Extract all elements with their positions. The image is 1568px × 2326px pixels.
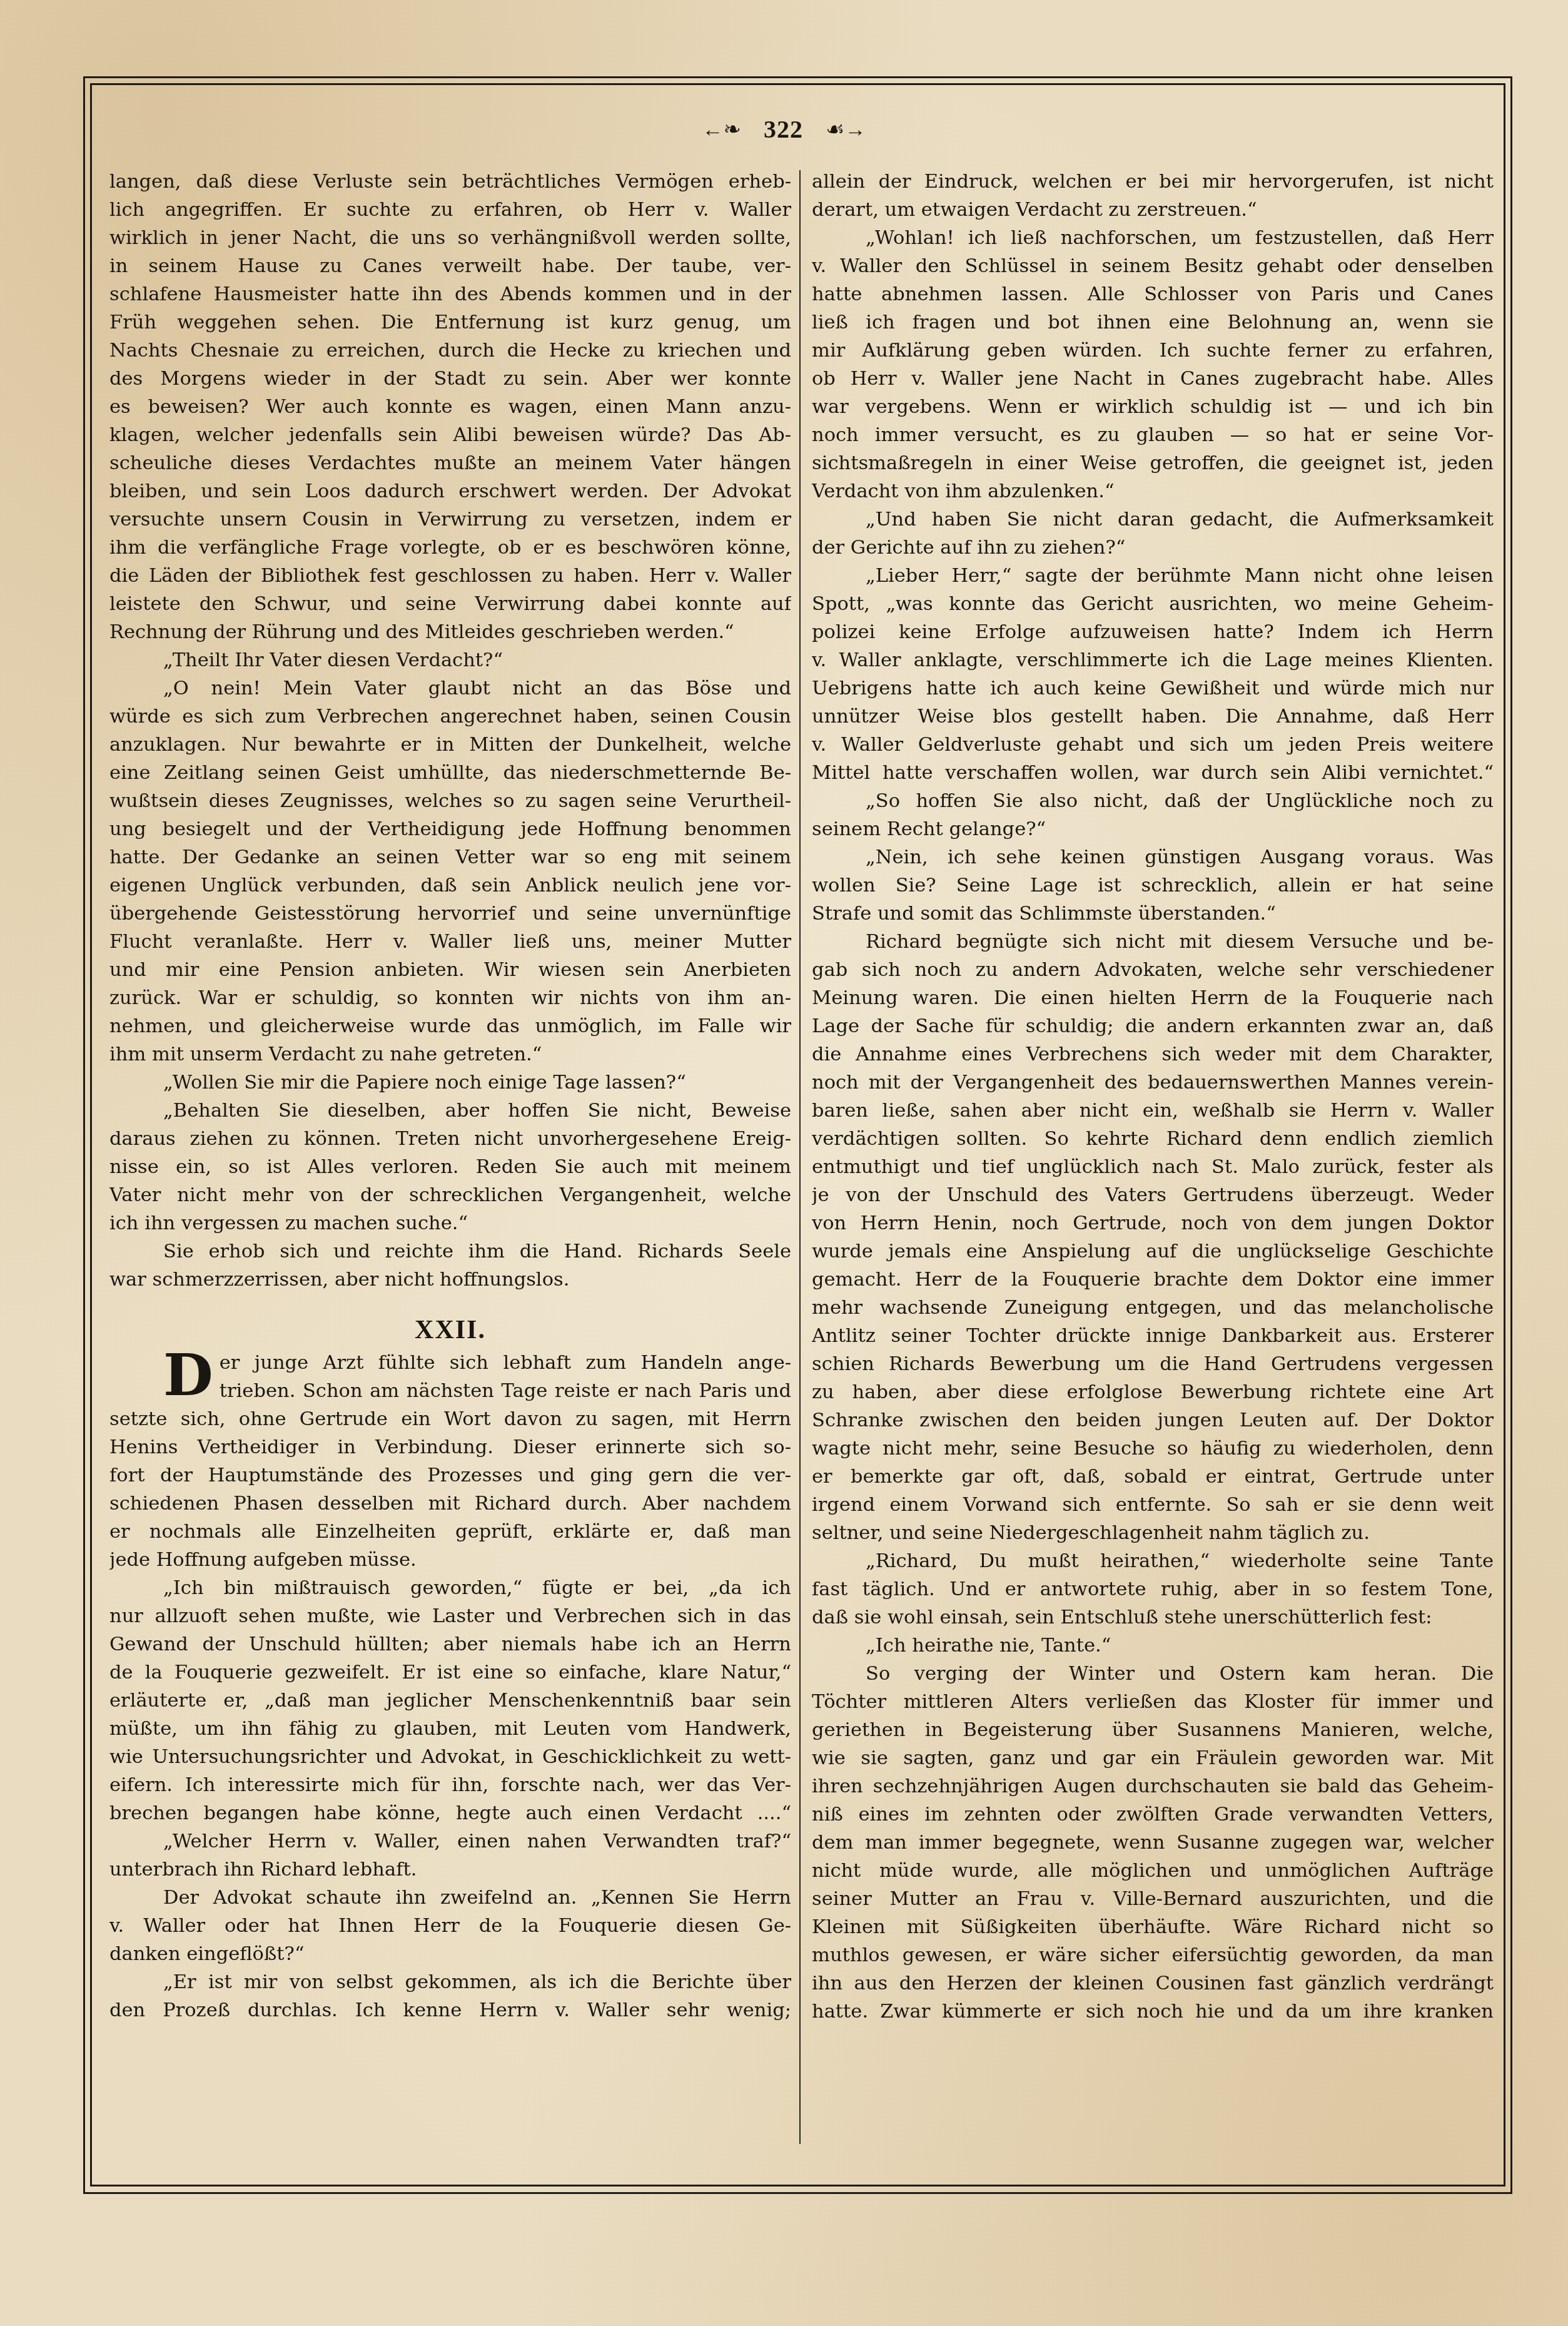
text-line: fast täglich. Und er antwortete ruhig, a… bbox=[812, 1575, 1494, 1603]
text-line: Flucht veranlaßte. Herr v. Waller ließ u… bbox=[109, 928, 791, 956]
text-line: Meinung waren. Die einen hielten Herrn d… bbox=[812, 984, 1494, 1012]
text-line: wurde jemals eine Anspielung auf die ung… bbox=[812, 1237, 1494, 1266]
text-line: polizei keine Erfolge aufzuweisen hatte?… bbox=[812, 618, 1494, 646]
text-line: anzuklagen. Nur bewahrte er in Mitten de… bbox=[109, 731, 791, 759]
text-line: baren ließe, sahen aber nicht ein, weßha… bbox=[812, 1097, 1494, 1125]
text-line: er junge Arzt fühlte sich lebhaft zum Ha… bbox=[220, 1349, 791, 1377]
text-line: war schmerzzerrissen, aber nicht hoffnun… bbox=[109, 1266, 791, 1294]
text-line: Lage der Sache für schuldig; die andern … bbox=[812, 1012, 1494, 1040]
text-line: Uebrigens hatte ich auch keine Gewißheit… bbox=[812, 674, 1494, 703]
page-number: 322 bbox=[764, 115, 803, 143]
column-divider bbox=[799, 170, 801, 2144]
text-line: eifern. Ich interessirte mich für ihn, f… bbox=[109, 1771, 791, 1799]
text-line: ung besiegelt und der Vertheidigung jede… bbox=[109, 815, 791, 843]
text-line: klagen, welcher jedenfalls sein Alibi be… bbox=[109, 421, 791, 449]
text-line: ich ihn vergessen zu machen suche.“ bbox=[109, 1209, 791, 1237]
text-line: muthlos gewesen, er wäre sicher eifersüc… bbox=[812, 1941, 1494, 1969]
text-line: setzte sich, ohne Gertrude ein Wort davo… bbox=[109, 1405, 791, 1433]
text-line: daß sie wohl einsah, sein Entschluß steh… bbox=[812, 1603, 1494, 1632]
text-line: lich angegriffen. Er suchte zu erfahren,… bbox=[109, 196, 791, 224]
text-line: „Behalten Sie dieselben, aber hoffen Sie… bbox=[109, 1097, 791, 1125]
text-line: de la Fouquerie gezweifelt. Er ist eine … bbox=[109, 1658, 791, 1687]
right-column-text: allein der Eindruck, welchen er bei mir … bbox=[812, 168, 1494, 2026]
text-line: v. Waller oder hat Ihnen Herr de la Fouq… bbox=[109, 1912, 791, 1940]
text-line: „Richard, Du mußt heirathen,“ wiederholt… bbox=[812, 1547, 1494, 1575]
text-line: wie sie sagten, ganz und gar ein Fräulei… bbox=[812, 1744, 1494, 1772]
text-line: Antlitz seiner Tochter drückte innige Da… bbox=[812, 1322, 1494, 1350]
text-line: Töchter mittleren Alters verließen das K… bbox=[812, 1688, 1494, 1716]
text-line: Gewand der Unschuld hüllten; aber niemal… bbox=[109, 1630, 791, 1658]
text-line: war vergebens. Wenn er wirklich schuldig… bbox=[812, 393, 1494, 421]
text-line: allein der Eindruck, welchen er bei mir … bbox=[812, 168, 1494, 196]
text-line: es beweisen? Wer auch konnte es wagen, e… bbox=[109, 393, 791, 421]
text-line: Sie erhob sich und reichte ihm die Hand.… bbox=[109, 1237, 791, 1266]
text-line: zu haben, aber diese erfolglose Bewerbun… bbox=[812, 1378, 1494, 1406]
text-line: So verging der Winter und Ostern kam her… bbox=[812, 1660, 1494, 1688]
text-line: „Wollen Sie mir die Papiere noch einige … bbox=[109, 1069, 791, 1097]
text-line: „Wohlan! ich ließ nachforschen, um festz… bbox=[812, 224, 1494, 252]
text-line: Mittel hatte verschaffen wollen, war dur… bbox=[812, 759, 1494, 787]
text-line: Rechnung der Rührung und des Mitleides g… bbox=[109, 618, 791, 646]
text-line: seinem Recht gelange?“ bbox=[812, 815, 1494, 843]
text-line: v. Waller anklagte, verschlimmerte ich d… bbox=[812, 646, 1494, 674]
text-line: v. Waller Geldverluste gehabt und sich u… bbox=[812, 731, 1494, 759]
text-line: „Ich bin mißtrauisch geworden,“ fügte er… bbox=[109, 1574, 791, 1602]
text-line: irgend einem Vorwand sich entfernte. So … bbox=[812, 1491, 1494, 1519]
text-line: „So hoffen Sie also nicht, daß der Unglü… bbox=[812, 787, 1494, 815]
text-line: übergehende Geistesstörung hervorrief un… bbox=[109, 900, 791, 928]
text-line: verdächtigen sollten. So kehrte Richard … bbox=[812, 1125, 1494, 1153]
text-line: danken eingeflößt?“ bbox=[109, 1940, 791, 1968]
text-line: erläuterte er, „daß man jeglicher Mensch… bbox=[109, 1687, 791, 1715]
text-line: ließ ich fragen und bot ihnen eine Beloh… bbox=[812, 308, 1494, 337]
text-line: des Morgens wieder in der Stadt zu sein.… bbox=[109, 365, 791, 393]
text-line: ihm mit unserm Verdacht zu nahe getreten… bbox=[109, 1040, 791, 1069]
text-line: Kleinen mit Süßigkeiten überhäufte. Wäre… bbox=[812, 1913, 1494, 1941]
text-line: ihn aus den Herzen der kleinen Cousinen … bbox=[812, 1969, 1494, 1998]
text-line: noch immer versucht, es zu glauben — so … bbox=[812, 421, 1494, 449]
text-line: ihren sechzehnjährigen Augen durchschaut… bbox=[812, 1772, 1494, 1800]
text-line: geriethen in Begeisterung über Susannens… bbox=[812, 1716, 1494, 1744]
text-line: je von der Unschuld des Vaters Gertruden… bbox=[812, 1181, 1494, 1209]
text-line: der Gerichte auf ihn zu ziehen?“ bbox=[812, 534, 1494, 562]
text-line: schlafene Hausmeister hatte ihn des Aben… bbox=[109, 280, 791, 308]
text-line: versuchte unsern Cousin in Verwirrung zu… bbox=[109, 505, 791, 534]
text-line: Spott, „was konnte das Gericht ausrichte… bbox=[812, 590, 1494, 618]
text-line: ob Herr v. Waller jene Nacht in Canes zu… bbox=[812, 365, 1494, 393]
text-line: mehr wachsende Zuneigung entgegen, und d… bbox=[812, 1294, 1494, 1322]
text-line: „Welcher Herrn v. Waller, einen nahen Ve… bbox=[109, 1827, 791, 1856]
text-line: „Nein, ich sehe keinen günstigen Ausgang… bbox=[812, 843, 1494, 871]
text-line: die Läden der Bibliothek fest geschlosse… bbox=[109, 562, 791, 590]
text-line: Strafe und somit das Schlimmste überstan… bbox=[812, 900, 1494, 928]
ornament-right-icon: ☙→ bbox=[826, 114, 866, 146]
text-line: nicht müde wurde, alle möglichen und unm… bbox=[812, 1857, 1494, 1885]
text-line: nehmen, und gleicherweise wurde das unmö… bbox=[109, 1012, 791, 1040]
text-line: entmuthigt und tief unglücklich nach St.… bbox=[812, 1153, 1494, 1181]
text-line: nur allzuoft sehen mußte, wie Laster und… bbox=[109, 1602, 791, 1630]
text-line: wagte nicht mehr, seine Besuche so häufi… bbox=[812, 1435, 1494, 1463]
text-line: „Und haben Sie nicht daran gedacht, die … bbox=[812, 505, 1494, 534]
text-line: würde es sich zum Verbrechen angerechnet… bbox=[109, 703, 791, 731]
text-line: scheuliche dieses Verdachtes mußte an me… bbox=[109, 449, 791, 477]
text-line: dem man immer begegnete, wenn Susanne zu… bbox=[812, 1829, 1494, 1857]
text-line: unterbrach ihn Richard lebhaft. bbox=[109, 1856, 791, 1884]
text-line: Schranke zwischen den beiden jungen Leut… bbox=[812, 1406, 1494, 1435]
text-line: von Herrn Henin, noch Gertrude, noch von… bbox=[812, 1209, 1494, 1237]
text-line: „Er ist mir von selbst gekommen, als ich… bbox=[109, 1968, 791, 1996]
ornament-left-icon: ←❧ bbox=[702, 114, 742, 146]
text-line: hatte abnehmen lassen. Alle Schlosser vo… bbox=[812, 280, 1494, 308]
text-line: ihm die verfängliche Frage vorlegte, ob … bbox=[109, 534, 791, 562]
left-column-text-before-chapter: langen, daß diese Verluste sein beträcht… bbox=[109, 168, 791, 1294]
text-line: v. Waller den Schlüssel in seinem Besitz… bbox=[812, 252, 1494, 280]
text-line: müßte, um ihn fähig zu glauben, mit Leut… bbox=[109, 1715, 791, 1743]
text-line: hatte. Zwar kümmerte er sich noch hie un… bbox=[812, 1998, 1494, 2026]
text-line: fort der Hauptumstände des Prozesses und… bbox=[109, 1461, 791, 1490]
text-line: „O nein! Mein Vater glaubt nicht an das … bbox=[109, 674, 791, 703]
text-line: daraus ziehen zu können. Treten nicht un… bbox=[109, 1125, 791, 1153]
text-line: brechen begangen habe könne, hegte auch … bbox=[109, 1799, 791, 1827]
left-column: langen, daß diese Verluste sein beträcht… bbox=[109, 168, 791, 2024]
text-line: wußtsein dieses Zeugnisses, welches so z… bbox=[109, 787, 791, 815]
text-line: langen, daß diese Verluste sein beträcht… bbox=[109, 168, 791, 196]
text-line: Verdacht von ihm abzulenken.“ bbox=[812, 477, 1494, 505]
text-line: hatte. Der Gedanke an seinen Vetter war … bbox=[109, 843, 791, 871]
text-line: unnützer Weise blos gestellt haben. Die … bbox=[812, 703, 1494, 731]
text-line: „Ich heirathe nie, Tante.“ bbox=[812, 1632, 1494, 1660]
text-line: gemacht. Herr de la Fouquerie brachte de… bbox=[812, 1266, 1494, 1294]
text-line: Henins Vertheidiger in Verbindung. Diese… bbox=[109, 1433, 791, 1461]
text-line: in seinem Hause zu Canes verweilt habe. … bbox=[109, 252, 791, 280]
text-line: den Prozeß durchlas. Ich kenne Herrn v. … bbox=[109, 1996, 791, 2024]
page-header: ←❧ 322 ☙→ bbox=[0, 114, 1568, 146]
text-line: leistete den Schwur, und seine Verwirrun… bbox=[109, 590, 791, 618]
text-line: gab sich noch zu andern Advokaten, welch… bbox=[812, 956, 1494, 984]
text-line: er bemerkte gar oft, daß, sobald er eint… bbox=[812, 1463, 1494, 1491]
text-line: Nachts Chesnaie zu erreichen, durch die … bbox=[109, 337, 791, 365]
drop-cap: D bbox=[163, 1350, 213, 1400]
text-line: niß eines im zehnten oder zwölften Grade… bbox=[812, 1800, 1494, 1829]
text-line: trieben. Schon am nächsten Tage reiste e… bbox=[220, 1377, 791, 1405]
text-line: Der Advokat schaute ihn zweifelnd an. „K… bbox=[109, 1884, 791, 1912]
text-line: er nochmals alle Einzelheiten geprüft, e… bbox=[109, 1518, 791, 1546]
text-line: jede Hoffnung aufgeben müsse. bbox=[109, 1546, 791, 1574]
text-line: zurück. War er schuldig, so konnten wir … bbox=[109, 984, 791, 1012]
text-line: wirklich in jener Nacht, die uns so verh… bbox=[109, 224, 791, 252]
text-line: schiedenen Phasen desselben mit Richard … bbox=[109, 1490, 791, 1518]
text-line: wollen Sie? Seine Lage ist schrecklich, … bbox=[812, 871, 1494, 900]
text-line: noch mit der Vergangenheit des bedauerns… bbox=[812, 1069, 1494, 1097]
text-line: nisse ein, so ist Alles verloren. Reden … bbox=[109, 1153, 791, 1181]
text-line: „Theilt Ihr Vater diesen Verdacht?“ bbox=[109, 646, 791, 674]
text-line: und mir eine Pension anbieten. Wir wiese… bbox=[109, 956, 791, 984]
text-line: sichtsmaßregeln in einer Weise getroffen… bbox=[812, 449, 1494, 477]
text-line: eine Zeitlang seinen Geist umhüllte, das… bbox=[109, 759, 791, 787]
text-line: die Annahme eines Verbrechens sich weder… bbox=[812, 1040, 1494, 1069]
text-line: „Lieber Herr,“ sagte der berühmte Mann n… bbox=[812, 562, 1494, 590]
text-line: seiner Mutter an Frau v. Ville-Bernard a… bbox=[812, 1885, 1494, 1913]
chapter-opening: D er junge Arzt fühlte sich lebhaft zum … bbox=[109, 1349, 791, 1377]
text-line: Richard begnügte sich nicht mit diesem V… bbox=[812, 928, 1494, 956]
text-line: Früh weggehen sehen. Die Entfernung ist … bbox=[109, 308, 791, 337]
left-column-text-after-chapter: trieben. Schon am nächsten Tage reiste e… bbox=[109, 1377, 791, 2024]
text-line: seltner, und seine Niedergeschlagenheit … bbox=[812, 1519, 1494, 1547]
text-line: derart, um etwaigen Verdacht zu zerstreu… bbox=[812, 196, 1494, 224]
text-line: eigenen Unglück verbunden, daß sein Anbl… bbox=[109, 871, 791, 900]
text-line: mir Aufklärung geben würden. Ich suchte … bbox=[812, 337, 1494, 365]
text-line: wie Untersuchungsrichter und Advokat, in… bbox=[109, 1743, 791, 1771]
right-column: allein der Eindruck, welchen er bei mir … bbox=[812, 168, 1494, 2026]
text-line: schien Richards Bewerbung um die Hand Ge… bbox=[812, 1350, 1494, 1378]
text-line: bleiben, und sein Loos dadurch erschwert… bbox=[109, 477, 791, 505]
text-line: Vater nicht mehr von der schrecklichen V… bbox=[109, 1181, 791, 1209]
